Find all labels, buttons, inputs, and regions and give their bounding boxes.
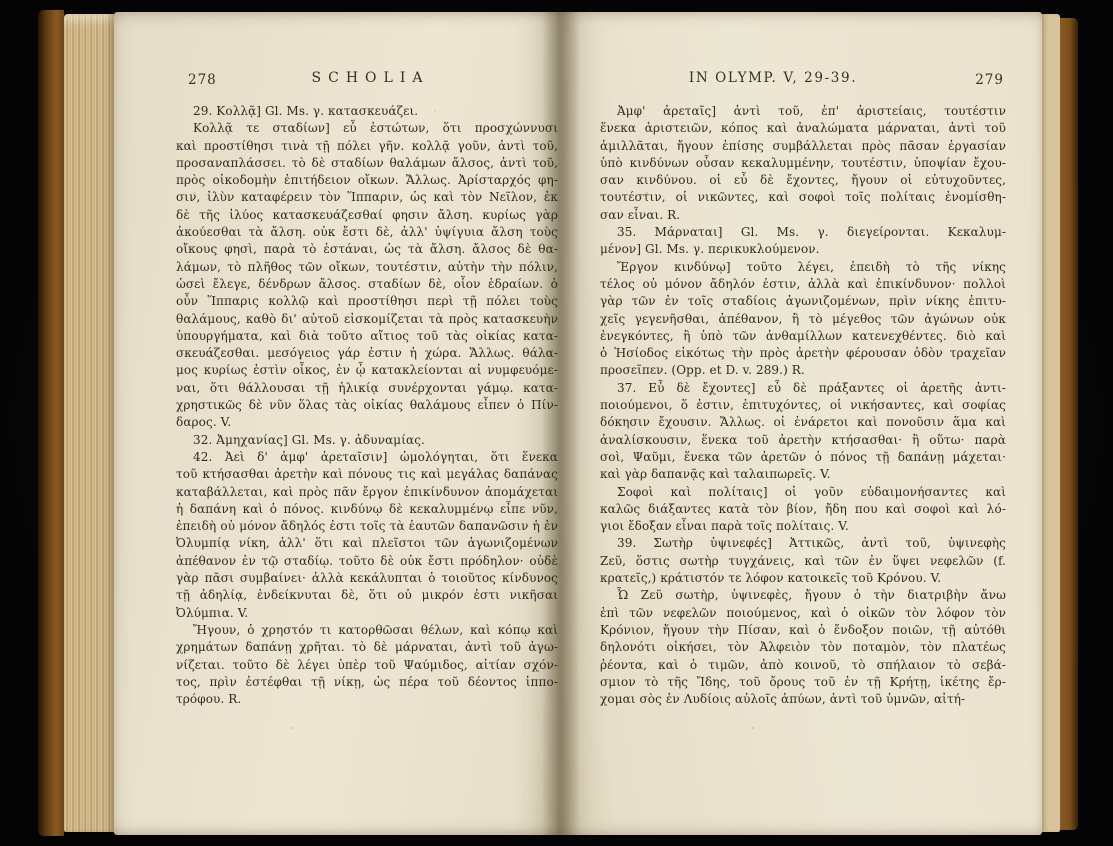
open-book: 278 SCHOLIA 29. Κολλᾷ] Gl. Ms. γ. κατασκ…	[38, 10, 1078, 836]
text-line: τουτέστιν, οἱ νικῶντες, καὶ σοφοὶ τοῖς π…	[600, 189, 1006, 206]
text-line: ῥέοντα, καὶ ὁ τιμῶν, ἀπὸ κοινοῦ, τὸ σπήλ…	[600, 657, 1006, 674]
text-line: 39. Σωτὴρ ὑψινεφές] Ἀττικῶς, ἀντὶ τοῦ, ὑ…	[600, 535, 1006, 552]
right-text-column: Ἀμφ' ἀρεταῖς] ἀντὶ τοῦ, ἐπ' ἀριστείαις, …	[600, 103, 1006, 708]
text-line: 29. Κολλᾷ] Gl. Ms. γ. κατασκευάζει.	[176, 103, 558, 120]
text-line: σκευάζεσθαι. μεσόγειος γάρ ἐστιν ἡ χώρα.…	[176, 345, 558, 362]
text-line: καλῶς διάξαντες κατὰ τὸν βίον, ἤδη που κ…	[600, 501, 1006, 518]
text-line: σιν, ἰλὺν καταφέρειν τὸν Ἵππαριν, ὡς καὶ…	[176, 189, 558, 206]
text-line: τοῦ κτήσασθαι ἀρετὴν καὶ πόνους τις καὶ …	[176, 466, 558, 483]
left-running-title: SCHOLIA	[176, 70, 558, 86]
text-line: γιοι ἔδοξαν εἶναι παρὰ τοῖς πολίταις. V.	[600, 518, 1006, 535]
text-line: 35. Μάρναται] Gl. Ms. γ. διεγείρονται. Κ…	[600, 224, 1006, 241]
text-line: οὖν Ἵππαρις κολλῷ καὶ προστίθησι περὶ τῇ…	[176, 293, 558, 310]
text-line: χρηστικῶς δὲ νῦν ὅλας τὰς οἰκίας θαλάμου…	[176, 397, 558, 414]
text-line: τέλος οὐ μόνον ἄδηλόν ἐστιν, ἀλλὰ καὶ ἐπ…	[600, 276, 1006, 293]
paragraph: 35. Μάρναται] Gl. Ms. γ. διεγείρονται. Κ…	[600, 224, 1006, 259]
text-line: χεῖς γεγενῆσθαι, ἀπέθανον, ἢ τὸ μέγεθος …	[600, 311, 1006, 328]
text-line: ἐνεγκόντες, ἢ ὑπὸ τῶν ἀνθαμίλλων κατενεχ…	[600, 328, 1006, 345]
left-page-header: 278 SCHOLIA	[176, 70, 558, 92]
text-line: ἁμιλλᾶται, ἤγουν ἐπίσης συμβάλλεται πρὸς…	[600, 138, 1006, 155]
text-line: μένον] Gl. Ms. γ. περικυκλούμενον.	[600, 241, 1006, 258]
right-page-number: 279	[975, 72, 1004, 88]
text-line: μος κυρίως ἐστὶν οἶκος, ἐν ᾧ κατακλείοντ…	[176, 362, 558, 379]
text-line: ἐπὶ τῶν νεφελῶν ποιούμενος, καὶ ὁ οἰκῶν …	[600, 605, 1006, 622]
paragraph: 37. Εὖ δὲ ἔχοντες] εὖ δὲ πράξαντες οἱ ἀρ…	[600, 380, 1006, 484]
right-page-header: IN OLYMP. V, 29-39. 279	[600, 70, 1006, 92]
text-line: ὑπουργήματα, καὶ διὰ τοῦτο αἴτιος τοῦ τὰ…	[176, 328, 558, 345]
text-line: σμιον τὸ τῆς Ἴδης, τοῦ ὄρους τοῦ ἐν τῇ Κ…	[600, 674, 1006, 691]
left-text-column: 29. Κολλᾷ] Gl. Ms. γ. κατασκευάζει.Κολλᾷ…	[176, 103, 558, 708]
text-line: 37. Εὖ δὲ ἔχοντες] εὖ δὲ πράξαντες οἱ ἀρ…	[600, 380, 1006, 397]
text-line: ἀκούεσθαι τὰ ἄλση. οὐκ ἔστι δὲ, ἀλλ' ὑψί…	[176, 224, 558, 241]
right-page: IN OLYMP. V, 29-39. 279 Ἀμφ' ἀρεταῖς] ἀν…	[560, 12, 1042, 835]
text-line: Σοφοὶ καὶ πολίταις] οἱ γοῦν εὐδαιμονήσαν…	[600, 484, 1006, 501]
left-cover-leather-edge	[38, 10, 64, 836]
text-line: τος, πρὶν ἐστέφθαι τῇ νίκῃ, ὡς πέρα τοῦ …	[176, 674, 558, 691]
text-line: ποιούμενοι, ὅ ἐστιν, ἐπιτυχόντες, οἱ νικ…	[600, 397, 1006, 414]
paragraph: 32. Ἀμηχανίας] Gl. Ms. γ. ἀδυναμίας.	[176, 432, 558, 449]
text-line: ὑπὸ κινδύνων οὖσαν κεκαλυμμένην, τουτέστ…	[600, 155, 1006, 172]
text-line: Ὀλύμπια. V.	[176, 605, 558, 622]
text-line: 32. Ἀμηχανίας] Gl. Ms. γ. ἀδυναμίας.	[176, 432, 558, 449]
text-line: ὁ Ἡσίοδος εἰκότως τὴν πρὸς ἀρετὴν φέρουσ…	[600, 345, 1006, 362]
paragraph: Ὦ Ζεῦ σωτὴρ, ὑψινεφὲς, ἤγουν ὁ τὴν διατρ…	[600, 587, 1006, 708]
text-line: τῇ ἀδηλίᾳ, ἐνδείκνυται δὲ, ὅτι οὐ μικρόν…	[176, 587, 558, 604]
text-line: Ὀλυμπίᾳ νίκη, ἀλλ' ὅτι καὶ πλεῖστοι τῶν …	[176, 535, 558, 552]
text-line: νίζεται. τοῦτο δὲ λέγει ὑπὲρ τοῦ Ψαύμιδο…	[176, 657, 558, 674]
text-line: σαν εἶναι. R.	[600, 207, 1006, 224]
text-line: ναι, ὅτι θάλλουσαι τῇ ἡλικίᾳ συνέρχονται…	[176, 380, 558, 397]
text-line: Κολλᾷ τε σταδίων] εὖ ἑστώτων, ὅτι προσχώ…	[176, 120, 558, 137]
left-page: 278 SCHOLIA 29. Κολλᾷ] Gl. Ms. γ. κατασκ…	[114, 12, 560, 835]
text-line: δαρος. V.	[176, 414, 558, 431]
paragraph: 39. Σωτὴρ ὑψινεφές] Ἀττικῶς, ἀντὶ τοῦ, ὑ…	[600, 535, 1006, 587]
text-line: ἕνεκα ἀριστειῶν, κόπος καὶ ἀναλώματα μάρ…	[600, 120, 1006, 137]
text-line: ἡ δαπάνη καὶ ὁ πόνος. κινδύνῳ δὲ κεκαλυμ…	[176, 501, 558, 518]
paragraph: Κολλᾷ τε σταδίων] εὖ ἑστώτων, ὅτι προσχώ…	[176, 120, 558, 431]
photo-background: 278 SCHOLIA 29. Κολλᾷ] Gl. Ms. γ. κατασκ…	[0, 0, 1113, 846]
text-line: γὰρ τῶν ἐν τοῖς σταδίοις ἀγωνιζομένων, π…	[600, 293, 1006, 310]
text-line: προσεῖπεν. (Opp. et D. v. 289.) R.	[600, 362, 1006, 379]
text-line: ὡσεὶ ἔλεγε, δένδρων ἄλσος. σταδίων δὲ, ο…	[176, 276, 558, 293]
text-line: Ἤγουν, ὁ χρηστόν τι κατορθῶσαι θέλων, κα…	[176, 622, 558, 639]
text-line: ἀπέθανον ἐν τῷ σταδίῳ. τοῦτο δὲ οὐκ ἔστι…	[176, 553, 558, 570]
text-line: καὶ γὰρ δαπανᾷς καὶ ταλαιπωρεῖς. V.	[600, 466, 1006, 483]
paragraph: 29. Κολλᾷ] Gl. Ms. γ. κατασκευάζει.	[176, 103, 558, 120]
text-line: οἴκους φησὶ, παρὰ τὸ ἑστάναι, ὡς τὰ ἄλση…	[176, 241, 558, 258]
text-line: δόκησιν ἔχουσιν. Ἄλλως. οἱ ἐνάρετοι καὶ …	[600, 414, 1006, 431]
text-line: Ἔργον κινδύνῳ] τοῦτο λέγει, ἐπειδὴ τὸ τῆ…	[600, 259, 1006, 276]
text-line: δηλονότι οἰκήσει, τὸν Ἀλφειὸν τὸν ποταμὸ…	[600, 639, 1006, 656]
text-line: τρόφου. R.	[176, 691, 558, 708]
paragraph: Ἔργον κινδύνῳ] τοῦτο λέγει, ἐπειδὴ τὸ τῆ…	[600, 259, 1006, 380]
text-line: κρατεῖς,) κράτιστόν τε λόφον κατοικεῖς τ…	[600, 570, 1006, 587]
left-page-fore-edges	[64, 14, 114, 832]
text-line: σαν κινδύνου. οἱ εὖ δὲ ἔχοντες, ἤγουν οἱ…	[600, 172, 1006, 189]
text-line: Ζεῦ, ὅστις σωτὴρ τυγχάνεις, καὶ τῶν ἐν ὕ…	[600, 553, 1006, 570]
text-line: Κρόνιον, ἤγουν τὴν Πίσαν, καὶ ὁ ἔνδοξον …	[600, 622, 1006, 639]
text-line: σοὶ, Ψαῦμι, ἕνεκα τῶν ἀρετῶν ὁ πόνος τῇ …	[600, 449, 1006, 466]
paragraph: 42. Ἀεὶ δ' ἀμφ' ἀρεταῖσιν] ὡμολόγηται, ὅ…	[176, 449, 558, 622]
text-line: θαλάμους, καθὸ δι' αὐτοῦ εἰσκομίζεται τὰ…	[176, 311, 558, 328]
text-line: προσαναπλάσσει. τὸ δὲ σταδίων θαλάμων ἄλ…	[176, 155, 558, 172]
text-line: δὲ τῆς ἰλύος κατασκευάζεσθαί φησιν ἄλση.…	[176, 207, 558, 224]
paragraph: Ἤγουν, ὁ χρηστόν τι κατορθῶσαι θέλων, κα…	[176, 622, 558, 708]
text-line: γὰρ πᾶσι συμβαίνει· ἀλλὰ κεκάλυπται ὁ το…	[176, 570, 558, 587]
right-cover-leather-edge	[1060, 18, 1078, 830]
text-line: Ἀμφ' ἀρεταῖς] ἀντὶ τοῦ, ἐπ' ἀριστείαις, …	[600, 103, 1006, 120]
text-line: χρημάτων δαπάνῃ χρῆται. τὸ δὲ μάρναται, …	[176, 639, 558, 656]
right-running-title: IN OLYMP. V, 29-39.	[600, 70, 1006, 86]
paragraph: Σοφοὶ καὶ πολίταις] οἱ γοῦν εὐδαιμονήσαν…	[600, 484, 1006, 536]
text-line: πρὸς οἰκοδομὴν ἐπιτήδειον οἴκων. Ἄλλως. …	[176, 172, 558, 189]
text-line: ἀναλίσκουσιν, ἕνεκα τοῦ ἀρετὴν κτήσασθαι…	[600, 432, 1006, 449]
text-line: χομαι σὸς ἐν Λυδίοις αὐλοῖς ἀπύων, ἀντὶ …	[600, 691, 1006, 708]
text-line: λάμων, τὸ πλῆθος τῶν οἴκων, τουτέστιν, α…	[176, 259, 558, 276]
paragraph: Ἀμφ' ἀρεταῖς] ἀντὶ τοῦ, ἐπ' ἀριστείαις, …	[600, 103, 1006, 224]
text-line: Ὦ Ζεῦ σωτὴρ, ὑψινεφὲς, ἤγουν ὁ τὴν διατρ…	[600, 587, 1006, 604]
text-line: καὶ προστίθησι τινὰ τῇ πόλει γῆν. κολλᾷ …	[176, 138, 558, 155]
text-line: καταβάλλεται, καὶ πρὸς πᾶν ἔργον ἐπικίνδ…	[176, 484, 558, 501]
right-page-fore-edges	[1042, 14, 1060, 832]
text-line: 42. Ἀεὶ δ' ἀμφ' ἀρεταῖσιν] ὡμολόγηται, ὅ…	[176, 449, 558, 466]
text-line: ἐπειδὴ οὐ μόνον ἄδηλός ἐστι τοῖς τὰ ἑαυτ…	[176, 518, 558, 535]
